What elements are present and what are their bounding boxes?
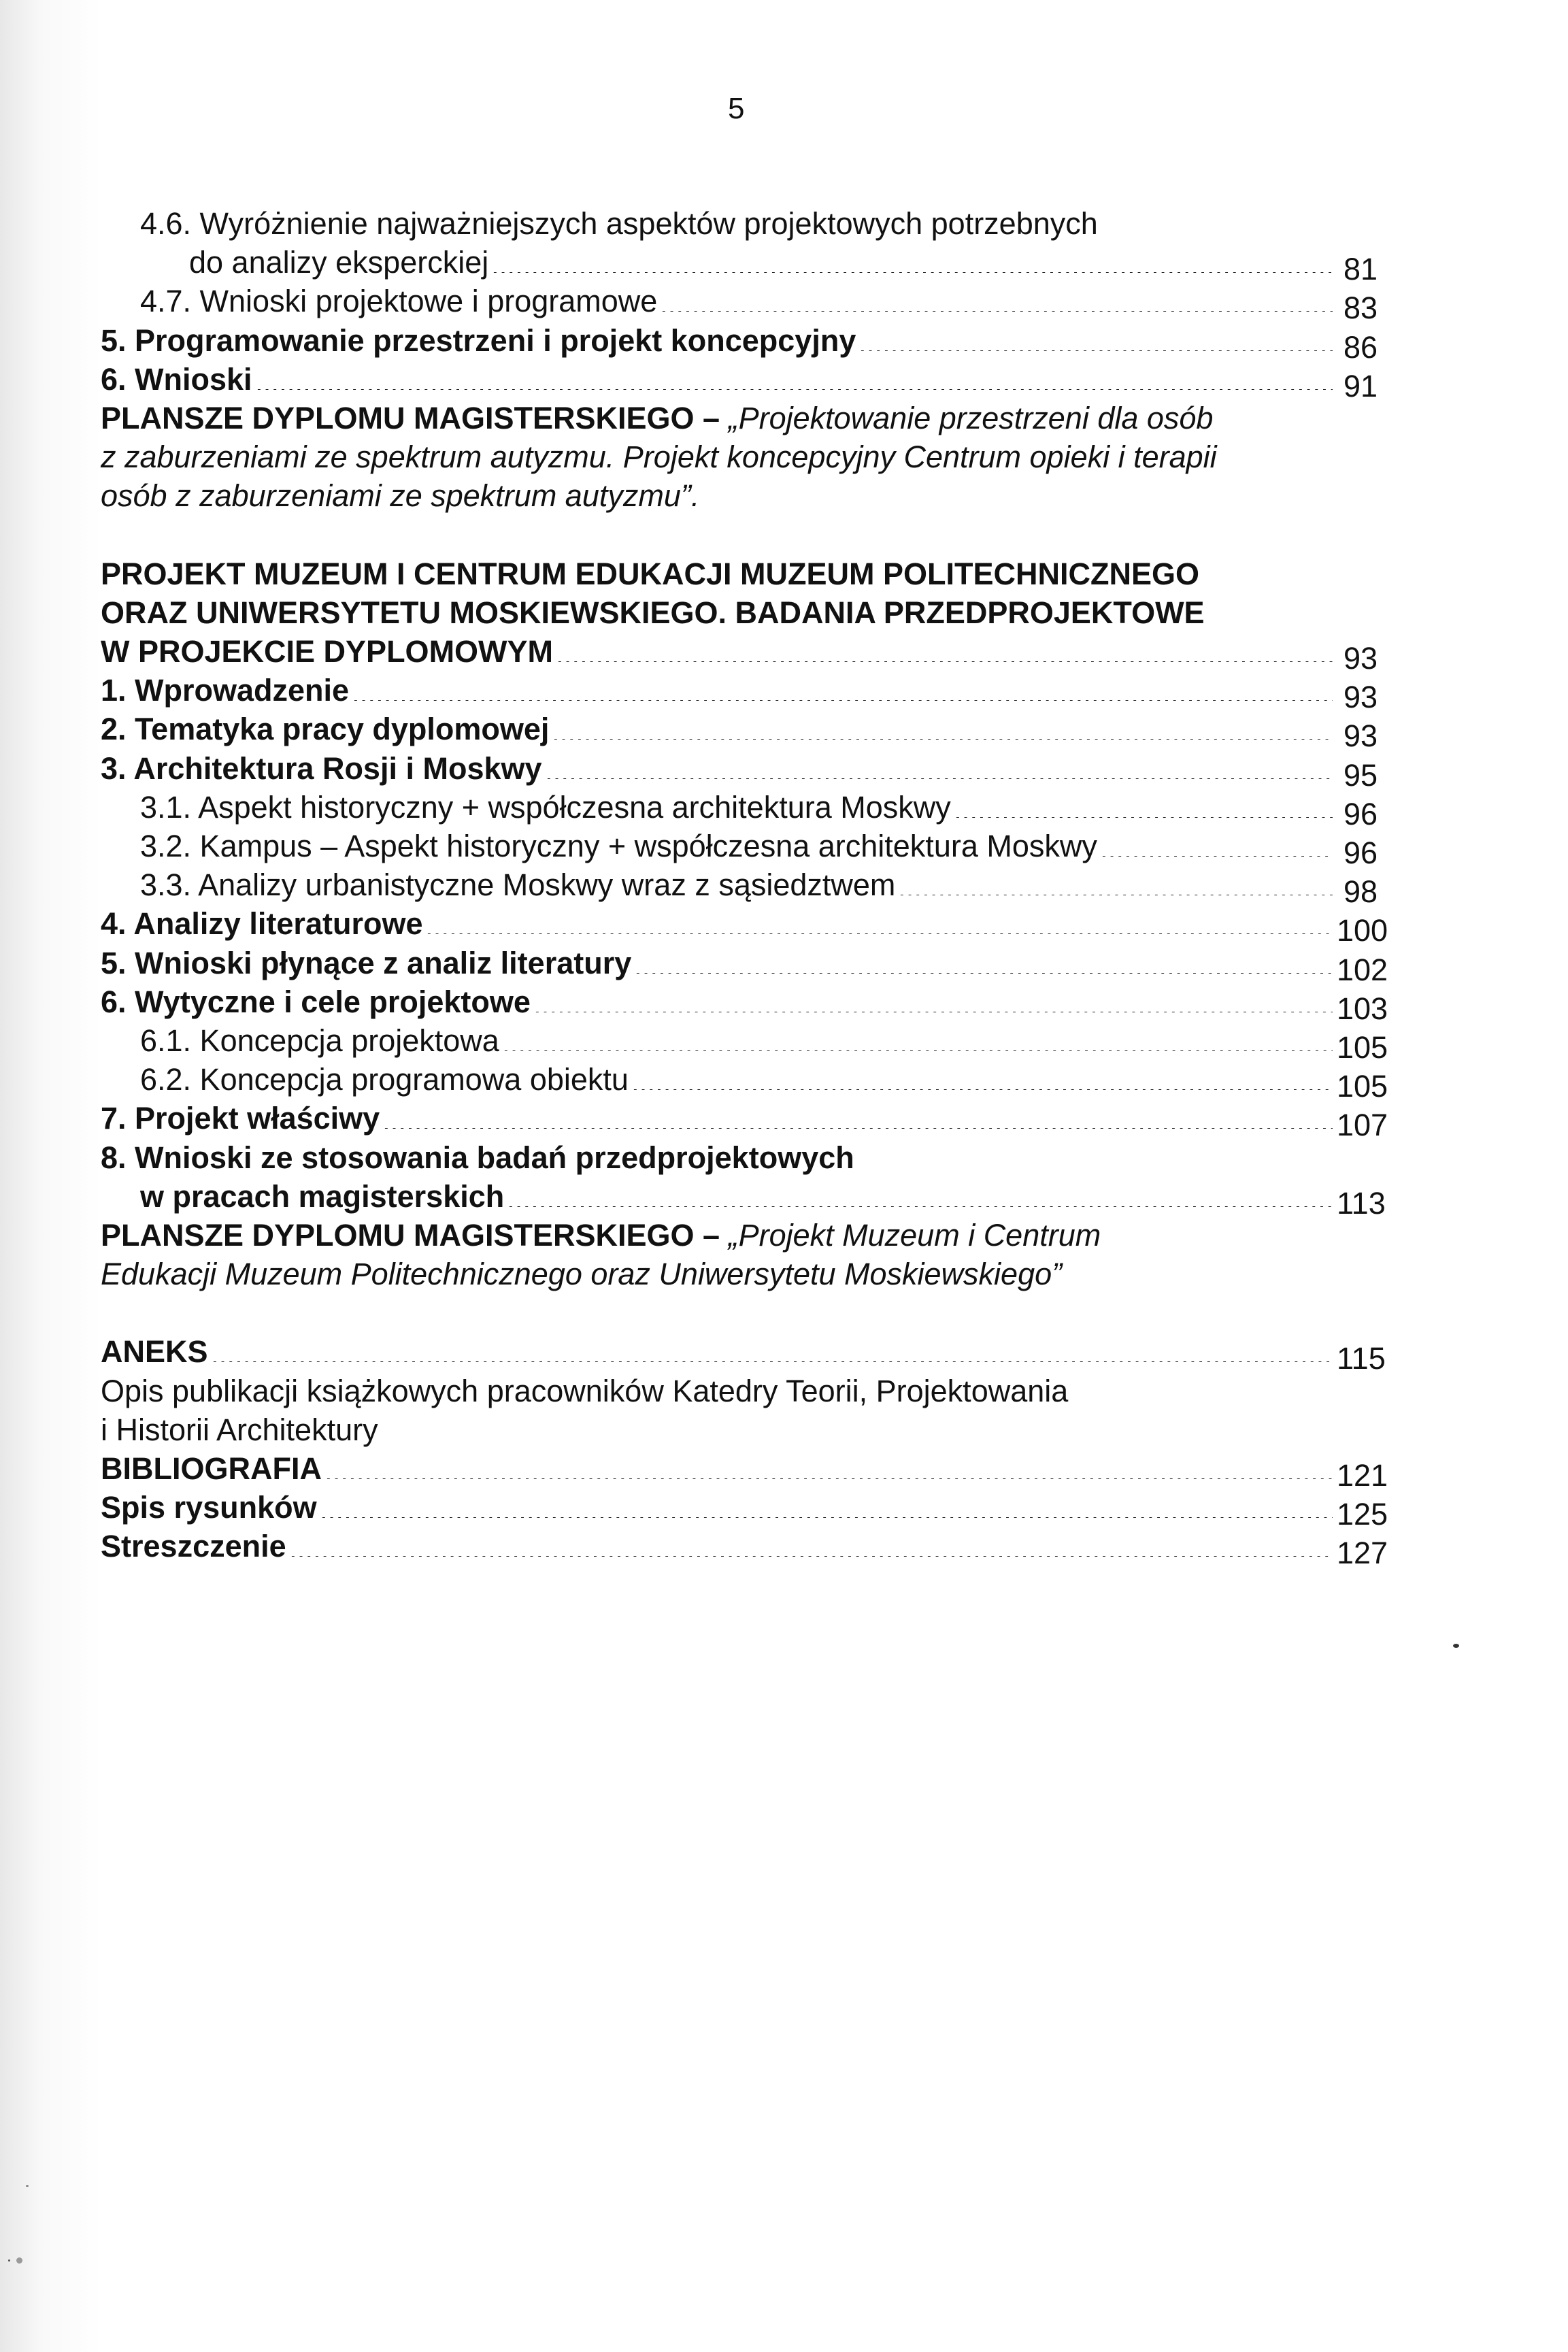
toc-entry: 6.1. Koncepcja projektowa105 [101,1021,1378,1060]
toc-entry-title: Spis rysunków [101,1488,317,1527]
dot-leader [552,739,1333,740]
dot-leader [660,311,1333,312]
toc-entry-title: z zaburzeniami ze spektrum autyzmu. Proj… [101,437,1217,476]
toc-entry-title: i Historii Architektury [101,1410,378,1449]
toc-entry-title: Streszczenie [101,1527,286,1566]
dot-leader [324,1478,1333,1479]
toc-entry-title: 3.1. Aspekt historyczny + współczesna ar… [140,788,951,827]
dot-leader [556,661,1333,662]
toc-entry-title: 2. Tematyka pracy dyplomowej [101,710,549,748]
dot-leader [545,778,1333,779]
toc-entry: 6. Wytyczne i cele projektowe103 [101,982,1378,1021]
toc-entry: PLANSZE DYPLOMU MAGISTERSKIEGO – „Projek… [101,399,1378,437]
dot-leader [634,973,1333,974]
page-number: 5 [728,94,744,124]
toc-entry: osób z zaburzeniami ze spektrum autyzmu”… [101,476,1378,515]
toc-entry-title: 1. Wprowadzenie [101,671,349,710]
toc-entry: 3.1. Aspekt historyczny + współczesna ar… [101,788,1378,827]
toc-entry: BIBLIOGRAFIA121 [101,1449,1378,1488]
dot-leader [211,1361,1333,1362]
toc-entry-title: osób z zaburzeniami ze spektrum autyzmu”… [101,476,699,515]
toc-entry: PROJEKT MUZEUM I CENTRUM EDUKACJI MUZEUM… [101,554,1378,593]
dot-leader [631,1089,1333,1090]
toc-entry: i Historii Architektury [101,1410,1378,1449]
toc-entry-title: Opis publikacji książkowych pracowników … [101,1372,1068,1410]
toc-entry: 4. Analizy literaturowe100 [101,904,1378,943]
table-of-contents: 4.6. Wyróżnienie najważniejszych aspektó… [101,204,1378,1566]
toc-entry: Spis rysunków125 [101,1488,1378,1527]
dot-leader [255,389,1333,390]
toc-entry-title: 3. Architektura Rosji i Moskwy [101,749,542,788]
toc-spacer [101,516,1378,554]
toc-entry-title: BIBLIOGRAFIA [101,1449,322,1488]
toc-entry: Edukacji Muzeum Politechnicznego oraz Un… [101,1255,1378,1293]
toc-entry-title: 8. Wnioski ze stosowania badań przedproj… [101,1138,854,1177]
dot-leader [533,1012,1333,1012]
toc-entry: PLANSZE DYPLOMU MAGISTERSKIEGO – „Projek… [101,1216,1378,1255]
toc-entry: 4.7. Wnioski projektowe i programowe83 [101,282,1378,320]
toc-spacer [101,1293,1378,1332]
dot-leader [858,350,1333,351]
toc-entry-title: do analizy eksperckiej [189,243,488,282]
dot-leader [954,817,1333,818]
toc-entry-title: 7. Projekt właściwy [101,1099,380,1138]
toc-entry: 6. Wnioski91 [101,360,1378,399]
toc-entry-title: ANEKS [101,1332,208,1371]
toc-entry: do analizy eksperckiej81 [101,243,1378,282]
toc-entry: 3.2. Kampus – Aspekt historyczny + współ… [101,827,1378,865]
toc-entry-title: 6. Wytyczne i cele projektowe [101,982,531,1021]
toc-entry-title: 6.2. Koncepcja programowa obiektu [140,1060,629,1099]
toc-entry-title: w pracach magisterskich [140,1177,504,1216]
toc-entry: W PROJEKCIE DYPLOMOWYM93 [101,632,1378,671]
toc-entry-title: PLANSZE DYPLOMU MAGISTERSKIEGO – „Projek… [101,399,1213,437]
scan-speck [8,2259,10,2262]
toc-entry-title: 4. Analizy literaturowe [101,904,422,943]
dot-leader [491,272,1333,273]
toc-entry: 4.6. Wyróżnienie najważniejszych aspektó… [101,204,1378,243]
toc-entry: 1. Wprowadzenie93 [101,671,1378,710]
toc-entry-title: 3.3. Analizy urbanistyczne Moskwy wraz z… [140,865,895,904]
toc-entry: 6.2. Koncepcja programowa obiektu105 [101,1060,1378,1099]
scan-speck [16,2257,22,2264]
toc-entry-title: PROJEKT MUZEUM I CENTRUM EDUKACJI MUZEUM… [101,554,1199,593]
toc-entry-title: 6. Wnioski [101,360,252,399]
toc-entry-title: W PROJEKCIE DYPLOMOWYM [101,632,553,671]
toc-entry-title: 4.7. Wnioski projektowe i programowe [140,282,657,320]
dot-leader [289,1556,1333,1557]
toc-entry-title: 6.1. Koncepcja projektowa [140,1021,499,1060]
toc-entry: 5. Programowanie przestrzeni i projekt k… [101,321,1378,360]
toc-entry: 7. Projekt właściwy107 [101,1099,1378,1138]
toc-entry: 3.3. Analizy urbanistyczne Moskwy wraz z… [101,865,1378,904]
toc-entry: ANEKS115 [101,1332,1378,1371]
toc-entry: 2. Tematyka pracy dyplomowej93 [101,710,1378,748]
toc-entry-title: Edukacji Muzeum Politechnicznego oraz Un… [101,1255,1062,1293]
toc-entry: 3. Architektura Rosji i Moskwy95 [101,749,1378,788]
scan-speck [26,2185,29,2187]
scan-edge-shadow [0,0,102,2352]
dot-leader [352,700,1333,701]
toc-entry-title: ORAZ UNIWERSYTETU MOSKIEWSKIEGO. BADANIA… [101,593,1205,632]
toc-entry: 8. Wnioski ze stosowania badań przedproj… [101,1138,1378,1177]
toc-entry-title: 4.6. Wyróżnienie najważniejszych aspektó… [140,204,1098,243]
dot-leader [425,933,1333,934]
toc-entry-title: PLANSZE DYPLOMU MAGISTERSKIEGO – „Projek… [101,1216,1101,1255]
toc-entry: Streszczenie127 [101,1527,1378,1566]
dot-leader [502,1050,1333,1051]
toc-entry-title: 5. Wnioski płynące z analiz literatury [101,944,631,982]
toc-entry: w pracach magisterskich113 [101,1177,1378,1216]
dot-leader [507,1206,1333,1207]
toc-entry: Opis publikacji książkowych pracowników … [101,1372,1378,1410]
toc-entry-title: 3.2. Kampus – Aspekt historyczny + współ… [140,827,1097,865]
toc-entry: z zaburzeniami ze spektrum autyzmu. Proj… [101,437,1378,476]
dot-leader [898,895,1333,895]
toc-entry: 5. Wnioski płynące z analiz literatury10… [101,944,1378,982]
toc-entry-title: 5. Programowanie przestrzeni i projekt k… [101,321,856,360]
scan-speck [1453,1644,1459,1648]
dot-leader [320,1517,1333,1518]
dot-leader [1100,856,1333,857]
toc-page-number: 127 [1337,1534,1378,1572]
dot-leader [382,1128,1333,1129]
toc-entry: ORAZ UNIWERSYTETU MOSKIEWSKIEGO. BADANIA… [101,593,1378,632]
